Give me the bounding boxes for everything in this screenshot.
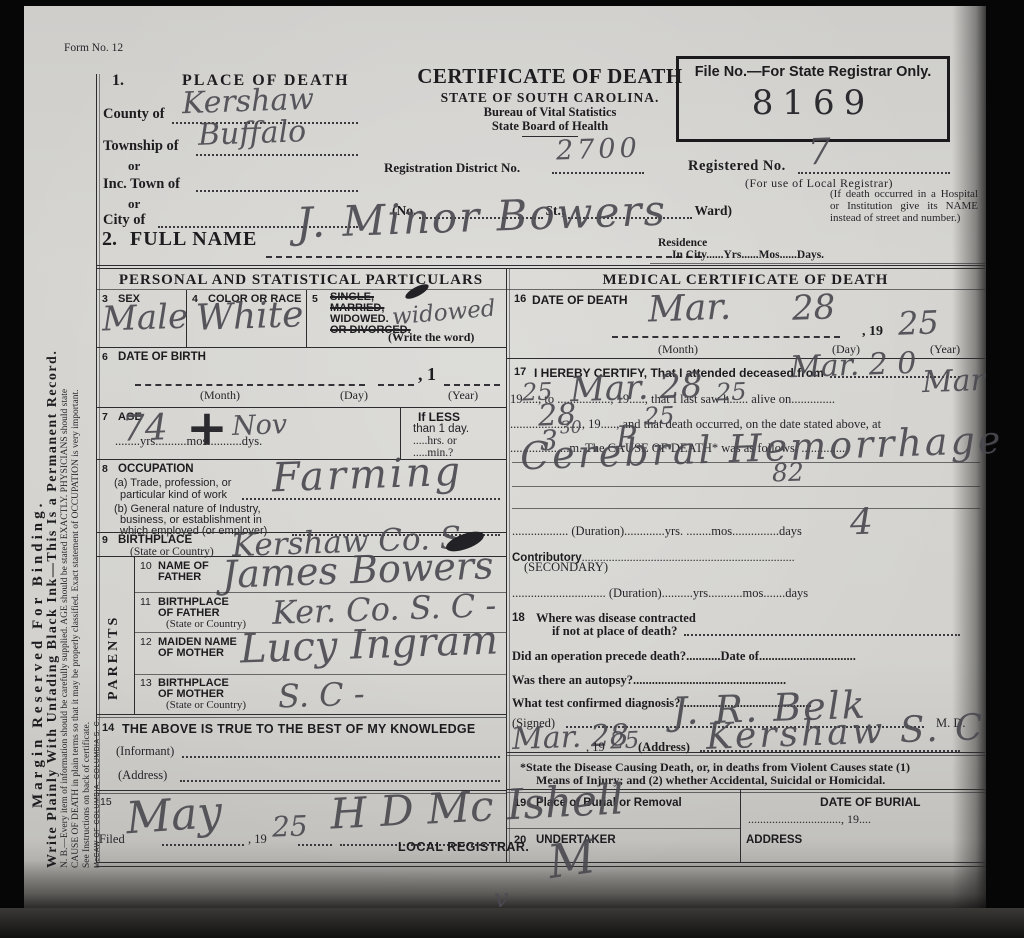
informant-address-label: (Address) xyxy=(118,768,167,783)
duration-primary-line: .................. (Duration)...........… xyxy=(512,524,802,539)
marital-number: 5 xyxy=(312,293,318,305)
section1-number: 1. xyxy=(112,72,124,90)
sex-value: Male xyxy=(101,297,188,340)
birthplace-number: 9 xyxy=(102,534,108,546)
occupation-value: Farming xyxy=(271,449,464,502)
right-column-title: MEDICAL CERTIFICATE OF DEATH xyxy=(506,272,985,289)
file-number-box: File No.—For State Registrar Only. 8169 xyxy=(676,56,950,142)
dod-month-sub: (Month) xyxy=(658,342,698,357)
rule xyxy=(96,714,506,715)
scan-background-band xyxy=(0,908,1024,938)
ward-label: Ward) xyxy=(695,203,733,219)
filed-field-line xyxy=(162,830,244,846)
occupation-a-line2: particular kind of work xyxy=(120,489,227,501)
residence-label: Residence xyxy=(658,237,707,249)
registrar-flourish-mark: M xyxy=(544,829,598,889)
age-less-line2: than 1 day. xyxy=(413,423,469,435)
informant-label: (Informant) xyxy=(116,744,174,759)
dob-label: DATE OF BIRTH xyxy=(118,351,206,363)
filed-field-line xyxy=(298,830,332,846)
occupation-label: OCCUPATION xyxy=(118,463,194,475)
margin-nb-line2: CAUSE OF DEATH in plain terms so that it… xyxy=(71,218,82,868)
city-label: City of xyxy=(103,212,145,229)
certify-from-value: Mar. 2 0 xyxy=(789,346,917,385)
rule xyxy=(506,755,985,756)
occupation-a-line1: (a) Trade, profession, or xyxy=(114,477,231,489)
parents-group-label: PARENTS xyxy=(106,615,122,700)
signed-year-value: 25 xyxy=(610,727,640,754)
residence-line: In City......Yrs......Mos......Days. xyxy=(672,249,824,261)
certify-number: 17 xyxy=(514,366,526,378)
township-label: Township of xyxy=(103,138,179,155)
autopsy-line: Was there an autopsy?...................… xyxy=(512,673,786,688)
filed-label: Filed xyxy=(99,832,125,847)
father-name-number: 10 xyxy=(140,560,152,572)
registered-no-label: Registered No. xyxy=(688,158,786,175)
q18-line2: if not at place of death? xyxy=(552,624,677,639)
or-label: or xyxy=(128,158,140,174)
certify-year2-value: 25 xyxy=(716,377,748,406)
rule xyxy=(96,862,985,863)
rule xyxy=(134,674,506,675)
inc-town-field-line xyxy=(196,168,358,192)
operation-line: Did an operation precede death?.........… xyxy=(512,649,856,664)
contributory-secondary-label: (SECONDARY) xyxy=(524,560,608,575)
knowledge-label: THE ABOVE IS TRUE TO THE BEST OF MY KNOW… xyxy=(122,722,476,736)
dob-field-line xyxy=(378,368,414,386)
dod-day-value: 28 xyxy=(791,287,836,328)
contributory-dots: ........................................… xyxy=(582,550,795,564)
form-number: Form No. 12 xyxy=(64,42,123,54)
township-value: Buffalo xyxy=(197,114,306,153)
age-less-line1: If LESS xyxy=(418,410,460,424)
rule xyxy=(96,74,97,862)
dob-number: 6 xyxy=(102,351,108,363)
local-registrar-label: LOCAL REGISTRAR. xyxy=(398,840,529,854)
fullname-number: 2. xyxy=(102,228,117,251)
mother-birthplace-number: 13 xyxy=(140,677,152,689)
rule xyxy=(650,263,985,264)
filed-number: 15 xyxy=(100,796,112,808)
rule xyxy=(99,74,100,862)
rule xyxy=(512,486,980,487)
rule xyxy=(96,866,985,867)
rule xyxy=(740,789,741,862)
age-value-years: 74 xyxy=(121,407,168,450)
certify-lastsaw-month-value: Mar xyxy=(921,363,985,400)
dod-label: DATE OF DEATH xyxy=(532,293,628,307)
margin-nb-line3: See Instructions on back of certificate. xyxy=(82,218,93,868)
margin-nb-line1: N. B.—Every item of information should b… xyxy=(60,218,71,868)
rule xyxy=(134,556,135,714)
dob-value: , 1 xyxy=(418,364,436,385)
duration-secondary-line: .............................. (Duration… xyxy=(512,586,808,601)
burial-date-label: DATE OF BURIAL xyxy=(820,795,920,809)
dob-year-sub: (Year) xyxy=(448,388,478,403)
marital-write-note: (Write the word) xyxy=(388,330,474,345)
certify-year3-value: 25 xyxy=(644,401,676,430)
father-birthplace-number: 11 xyxy=(140,596,151,608)
rule xyxy=(96,347,506,348)
dod-year-value: 25 xyxy=(897,303,939,342)
father-name-label2: FATHER xyxy=(158,571,201,583)
or-label: or xyxy=(128,196,140,212)
occupation-number: 8 xyxy=(102,463,108,475)
informant-address-line xyxy=(180,764,500,782)
mother-birthplace-value: S. C - xyxy=(277,675,365,716)
rule xyxy=(506,828,740,829)
duration-primary-days-value: 4 xyxy=(849,502,873,544)
rule xyxy=(306,290,307,347)
dob-field-line xyxy=(444,368,500,386)
inc-town-label: Inc. Town of xyxy=(103,176,180,193)
board-subtitle: State Board of Health xyxy=(400,119,700,134)
left-column-title: PERSONAL AND STATISTICAL PARTICULARS xyxy=(96,272,506,289)
rule xyxy=(96,265,985,266)
undertaker-number: 20 xyxy=(514,834,526,846)
pencil-tick-mark: v xyxy=(493,884,509,914)
bureau-subtitle: Bureau of Vital Statistics xyxy=(400,105,700,120)
dob-field-line xyxy=(135,368,365,386)
dob-day-sub: (Day) xyxy=(340,388,368,403)
registration-district-value: 2700 xyxy=(555,133,641,167)
dod-month-value: Mar. xyxy=(647,287,731,331)
rule xyxy=(96,289,985,290)
q18-number: 18 xyxy=(512,612,525,624)
rule xyxy=(96,268,985,269)
hospital-note: (If death occurred in a Hospital or Inst… xyxy=(830,188,978,224)
file-number-value: 8169 xyxy=(679,83,947,123)
county-label: County of xyxy=(103,106,165,123)
certify-to-value: Mar. 28 xyxy=(569,366,703,411)
registered-no-value: 7 xyxy=(807,132,831,174)
rule xyxy=(506,752,985,753)
file-number-label: File No.—For State Registrar Only. xyxy=(679,64,947,80)
age-number: 7 xyxy=(102,411,108,423)
age-cross-mark: + xyxy=(186,398,228,457)
printer-credit: McCAW OF COLUMBIA, COLUMBIA S. C. xyxy=(93,218,102,868)
dod-19-label: , 19 xyxy=(862,324,883,340)
margin-permanent-record-note: Write Plainly With Unfading Black Ink—Th… xyxy=(45,350,61,868)
rule xyxy=(512,508,980,509)
state-subtitle: STATE OF SOUTH CAROLINA. xyxy=(400,90,700,106)
mother-name-label2: OF MOTHER xyxy=(158,647,224,659)
burial-date-line: ..............................., 19.... xyxy=(748,812,871,827)
mother-name-value: Lucy Ingram xyxy=(239,618,499,673)
birthplace-label: BIRTHPLACE xyxy=(118,534,192,546)
certificate-title: CERTIFICATE OF DEATH xyxy=(400,64,700,89)
dod-number: 16 xyxy=(514,293,526,305)
undertaker-address-label: ADDRESS xyxy=(746,834,802,846)
age-less-line3: .....hrs. or xyxy=(413,435,457,447)
rule xyxy=(96,717,506,718)
mother-name-number: 12 xyxy=(140,636,152,648)
knowledge-number: 14 xyxy=(102,722,114,734)
father-birthplace-sub: (State or Country) xyxy=(166,618,246,630)
mother-birthplace-sub: (State or Country) xyxy=(166,699,246,711)
scanned-death-certificate: Margin Reserved For Binding. Write Plain… xyxy=(0,0,1024,938)
age-value-months: Nov xyxy=(231,409,287,442)
fullname-label: FULL NAME xyxy=(130,228,257,251)
informant-field-line xyxy=(182,740,500,758)
q18-field-line xyxy=(684,620,960,636)
filed-19-label: , 19 xyxy=(248,832,267,847)
race-value: White xyxy=(195,294,304,339)
registration-district-label: Registration District No. xyxy=(384,160,520,176)
dod-year-sub: (Year) xyxy=(930,342,960,357)
